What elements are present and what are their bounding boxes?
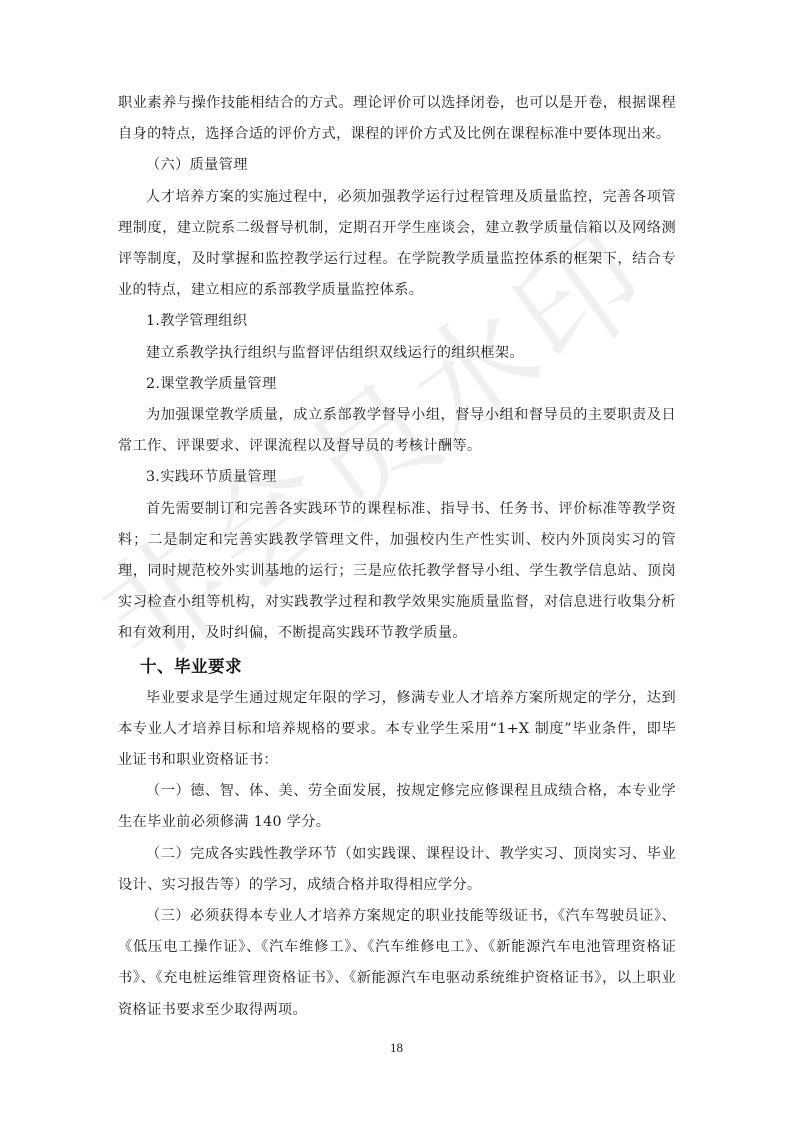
subheading-practice-quality: 3.实践环节质量管理 (118, 462, 676, 493)
paragraph-classroom-quality: 为加强课堂教学质量，成立系部教学督导小组，督导小组和督导员的主要职责及日常工作、… (118, 400, 676, 462)
heading-graduation-requirements: 十、毕业要求 (118, 650, 676, 683)
paragraph-graduation-intro: 毕业要求是学生通过规定年限的学习，修满专业人才培养方案所规定的学分，达到本专业人… (118, 683, 676, 777)
paragraph-evaluation-methods: 职业素养与操作技能相结合的方式。理论评价可以选择闭卷，也可以是开卷，根据课程自身… (118, 88, 676, 150)
paragraph-quality-management: 人才培养方案的实施过程中，必须加强教学运行过程管理及质量监控，完善各项管理制度，… (118, 182, 676, 307)
paragraph-requirement-2: （二）完成各实践性教学环节（如实践课、课程设计、教学实习、顶岗实习、毕业设计、实… (118, 839, 676, 901)
paragraph-practice-quality: 首先需要制订和完善各实践环节的课程标准、指导书、任务书、评价标准等教学资料；二是… (118, 494, 676, 650)
subheading-classroom-quality: 2.课堂教学质量管理 (118, 369, 676, 400)
subheading-quality-management: （六）质量管理 (118, 150, 676, 181)
paragraph-teaching-management-org: 建立系教学执行组织与监督评估组织双线运行的组织框架。 (118, 338, 676, 369)
page-number: 18 (0, 1040, 793, 1056)
document-body: 职业素养与操作技能相结合的方式。理论评价可以选择闭卷，也可以是开卷，根据课程自身… (118, 88, 676, 1026)
paragraph-requirement-3: （三）必须获得本专业人才培养方案规定的职业技能等级证书，《汽车驾驶员证》、《低压… (118, 901, 676, 1026)
document-page: 非会员水印 职业素养与操作技能相结合的方式。理论评价可以选择闭卷，也可以是开卷，… (0, 0, 793, 1122)
paragraph-requirement-1: （一）德、智、体、美、劳全面发展，按规定修完应修课程且成绩合格，本专业学生在毕业… (118, 776, 676, 838)
subheading-teaching-management-org: 1.教学管理组织 (118, 306, 676, 337)
